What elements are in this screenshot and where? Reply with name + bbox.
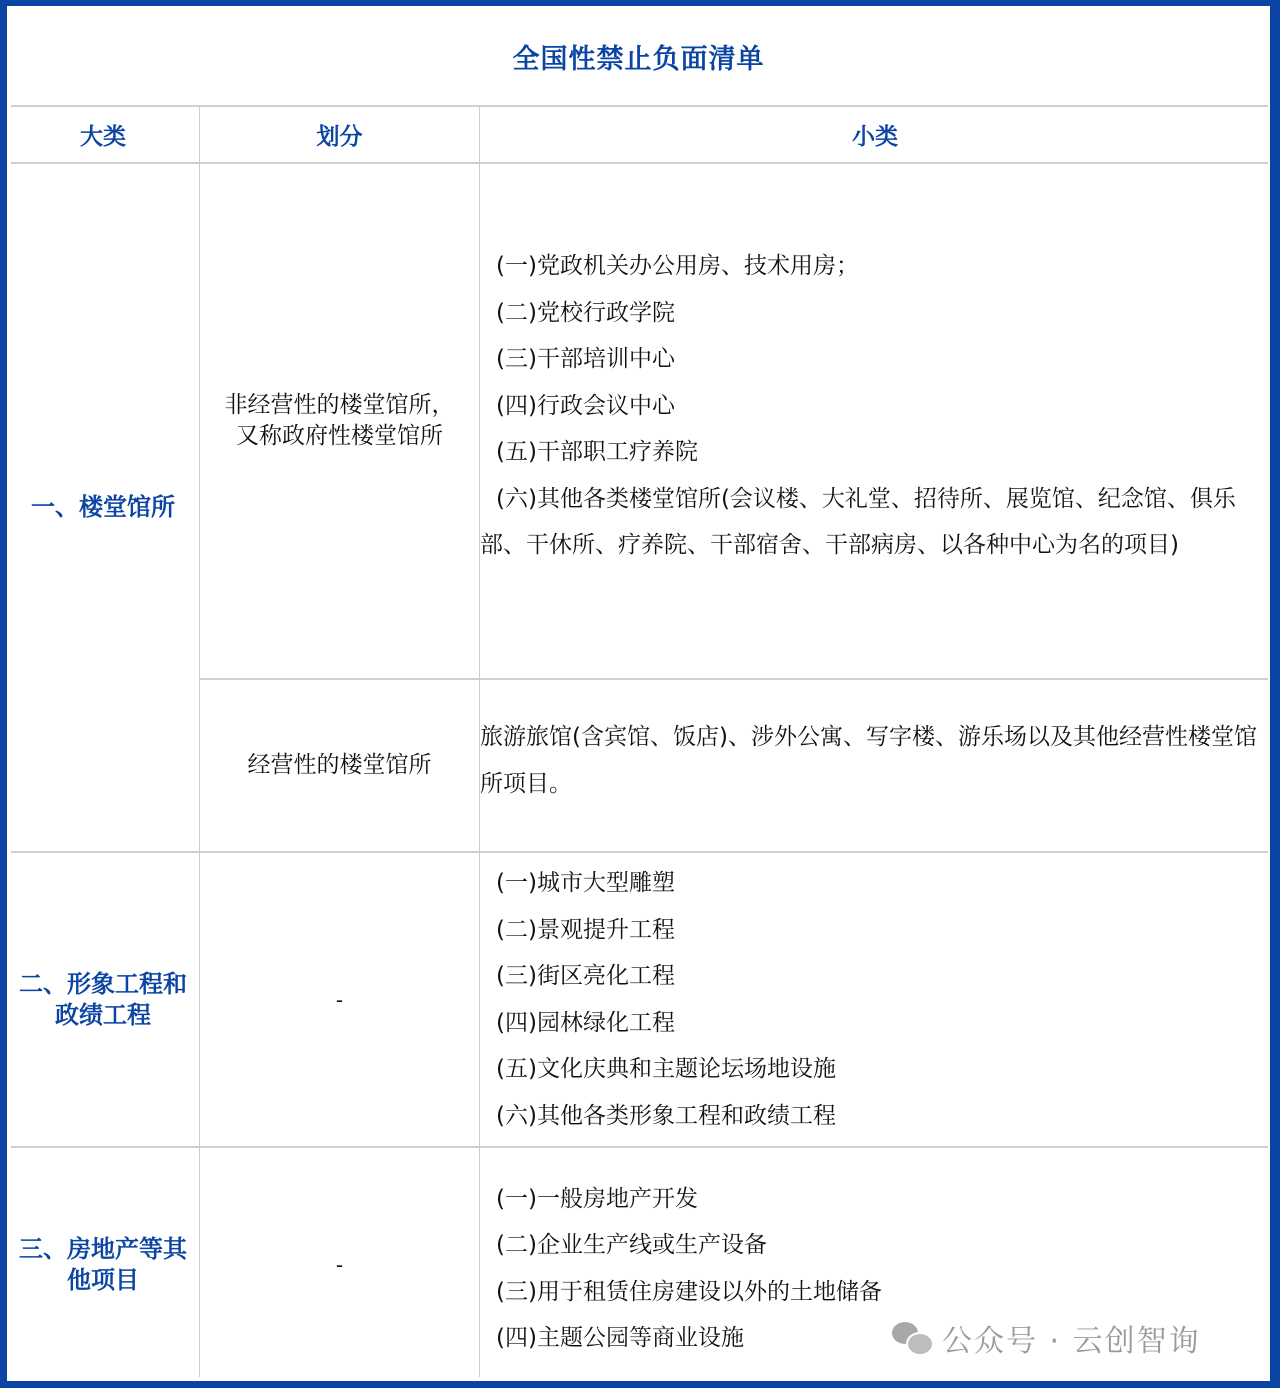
- items-cell: (一)党政机关办公用房、技术用房； (二)党校行政学院 (三)干部培训中心 (四…: [480, 164, 1268, 678]
- column-header-division: 划分: [200, 107, 479, 162]
- division-cell: 非经营性的楼堂馆所， 又称政府性楼堂馆所: [200, 164, 479, 678]
- division-line: 又称政府性楼堂馆所: [225, 421, 455, 452]
- wechat-icon: [890, 1318, 934, 1358]
- list-item: (三)用于租赁住房建设以外的土地储备: [480, 1269, 882, 1316]
- division-cell: -: [200, 853, 479, 1146]
- category-cell: 三、房地产等其 他项目: [7, 1148, 199, 1381]
- category-cell: 二、形象工程和 政绩工程: [7, 853, 199, 1146]
- items-cell: (一)城市大型雕塑 (二)景观提升工程 (三)街区亮化工程 (四)园林绿化工程 …: [480, 853, 1268, 1146]
- list-item: (六)其他各类楼堂馆所(会议楼、大礼堂、招待所、展览馆、纪念馆、俱乐部、干休所、…: [480, 476, 1266, 569]
- division-cell: -: [200, 1148, 479, 1381]
- list-item: (二)景观提升工程: [480, 907, 836, 954]
- category-line: 二、形象工程和: [19, 969, 187, 1000]
- watermark-text: 公众号 · 云创智询: [942, 1316, 1201, 1360]
- list-item: (一)党政机关办公用房、技术用房；: [480, 243, 1266, 290]
- column-header-major: 大类: [7, 107, 199, 162]
- list-item: (一)城市大型雕塑: [480, 860, 836, 907]
- description-cell: 旅游旅馆(含宾馆、饭店)、涉外公寓、写字楼、游乐场以及其他经营性楼堂馆所项目。: [480, 680, 1268, 851]
- division-cell: 经营性的楼堂馆所: [200, 680, 479, 851]
- list-item: (四)行政会议中心: [480, 383, 1266, 430]
- division-label: 经营性的楼堂馆所: [248, 750, 432, 781]
- list-item: (二)企业生产线或生产设备: [480, 1222, 882, 1269]
- column-header-minor: 小类: [480, 107, 1270, 162]
- list-item: (一)一般房地产开发: [480, 1176, 882, 1223]
- list-item: (五)文化庆典和主题论坛场地设施: [480, 1046, 836, 1093]
- division-line: 非经营性的楼堂馆所，: [225, 390, 455, 421]
- list-item: (三)干部培训中心: [480, 336, 1266, 383]
- category-line: 他项目: [19, 1265, 187, 1296]
- list-item: (四)主题公园等商业设施: [480, 1315, 882, 1362]
- division-label: -: [336, 988, 343, 1012]
- negative-list-table: 全国性禁止负面清单 大类 划分 小类 一、楼堂馆所 非经营性的楼堂馆所， 又称政…: [7, 6, 1270, 1381]
- category-label: 一、楼堂馆所: [31, 492, 175, 523]
- list-item: (四)园林绿化工程: [480, 1000, 836, 1047]
- list-item: (二)党校行政学院: [480, 290, 1266, 337]
- category-line: 三、房地产等其: [19, 1234, 187, 1265]
- division-label: -: [336, 1253, 343, 1277]
- list-item: (六)其他各类形象工程和政绩工程: [480, 1093, 836, 1140]
- list-item: (三)街区亮化工程: [480, 953, 836, 1000]
- watermark: 公众号 · 云创智询: [890, 1316, 1201, 1360]
- category-line: 政绩工程: [19, 1000, 187, 1031]
- list-item: (五)干部职工疗养院: [480, 429, 1266, 476]
- category-cell: 一、楼堂馆所: [7, 164, 199, 851]
- table-title: 全国性禁止负面清单: [7, 6, 1270, 106]
- description-text: 旅游旅馆(含宾馆、饭店)、涉外公寓、写字楼、游乐场以及其他经营性楼堂馆所项目。: [480, 714, 1266, 808]
